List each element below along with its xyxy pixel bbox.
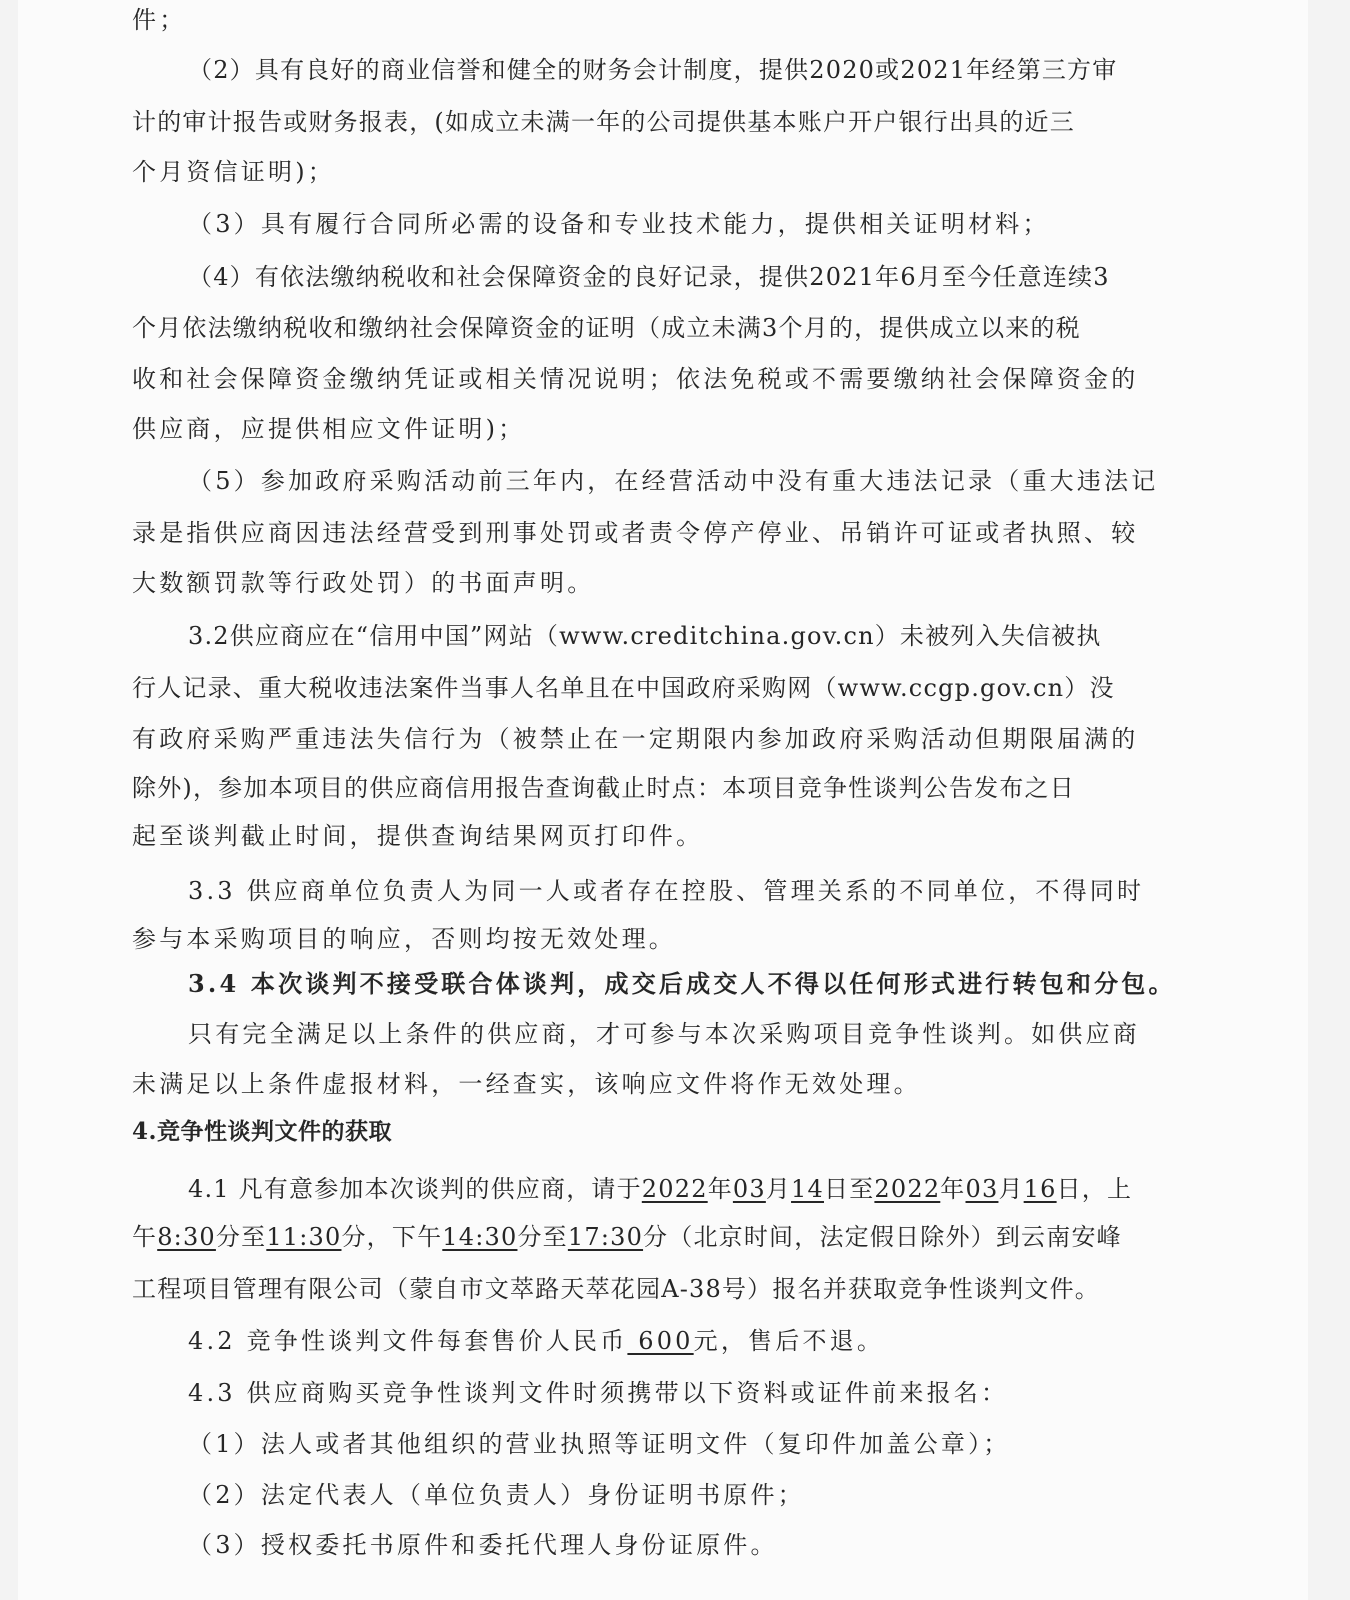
text-line: 参与本采购项目的响应，否则均按无效处理。	[132, 924, 1202, 954]
paragraph-3-2: 3.2供应商应在“信用中国”网站（www.creditchina.gov.cn）…	[188, 621, 1202, 651]
end-day: 16	[1024, 1175, 1057, 1203]
text-line: 件；	[132, 5, 1202, 35]
end-year: 2022	[874, 1175, 940, 1203]
am-start-time: 8:30	[157, 1223, 216, 1251]
price-value: 600	[627, 1327, 693, 1355]
text-line: 个月依法缴纳税收和缴纳社会保障资金的证明（成立未满3个月的，提供成立以来的税	[132, 313, 1202, 343]
paragraph-2-5: （5）参加政府采购活动前三年内，在经营活动中没有重大违法记录（重大违法记	[188, 466, 1202, 496]
list-item: （2）法定代表人（单位负责人）身份证明书原件；	[188, 1480, 1202, 1510]
text-line: 未满足以上条件虚报材料，一经查实，该响应文件将作无效处理。	[132, 1069, 1202, 1099]
paragraph-3-3: 3.3 供应商单位负责人为同一人或者存在控股、管理关系的不同单位，不得同时	[188, 876, 1202, 906]
text: 午	[132, 1223, 157, 1251]
paragraph-summary: 只有完全满足以上条件的供应商，才可参与本次采购项目竞争性谈判。如供应商	[188, 1019, 1202, 1049]
paragraph-3-4: 3.4 本次谈判不接受联合体谈判，成交后成交人不得以任何形式进行转包和分包。	[188, 969, 1202, 999]
text-line: 除外)，参加本项目的供应商信用报告查询截止时点：本项目竞争性谈判公告发布之日	[132, 773, 1202, 803]
text: 日至	[824, 1175, 874, 1203]
text-line: 供应商，应提供相应文件证明)；	[132, 414, 1202, 444]
start-year: 2022	[642, 1175, 708, 1203]
text: 月	[766, 1175, 791, 1203]
text: 分（北京时间，法定假日除外）到云南安峰	[643, 1223, 1122, 1251]
text: 分，下午	[341, 1223, 442, 1251]
paragraph-4-2: 4.2 竞争性谈判文件每套售价人民币 600元，售后不退。	[188, 1326, 1202, 1356]
text-line: 录是指供应商因违法经营受到刑事处罚或者责令停产停业、吊销许可证或者执照、较	[132, 518, 1202, 548]
end-month: 03	[966, 1175, 999, 1203]
start-month: 03	[733, 1175, 766, 1203]
am-end-time: 11:30	[266, 1223, 341, 1251]
text: 分至	[517, 1223, 567, 1251]
text-line: 大数额罚款等行政处罚）的书面声明。	[132, 568, 1202, 598]
text-line: 行人记录、重大税收违法案件当事人名单且在中国政府采购网（www.ccgp.gov…	[132, 673, 1202, 703]
pm-end-time: 17:30	[568, 1223, 643, 1251]
pm-start-time: 14:30	[442, 1223, 517, 1251]
text-line: 午8:30分至11:30分，下午14:30分至17:30分（北京时间，法定假日除…	[132, 1222, 1202, 1252]
text: 月	[998, 1175, 1023, 1203]
text-line: 个月资信证明)；	[132, 157, 1202, 187]
text-line: 工程项目管理有限公司（蒙自市文萃路天萃花园A-38号）报名并获取竞争性谈判文件。	[132, 1274, 1202, 1304]
list-item: （1）法人或者其他组织的营业执照等证明文件（复印件加盖公章）；	[188, 1429, 1202, 1459]
text: 分至	[216, 1223, 266, 1251]
text: 元，售后不退。	[694, 1327, 884, 1355]
paragraph-4-1: 4.1 凡有意参加本次谈判的供应商，请于2022年03月14日至2022年03月…	[188, 1174, 1202, 1204]
paragraph-2-4: （4）有依法缴纳税收和社会保障资金的良好记录，提供2021年6月至今任意连续3	[188, 262, 1202, 292]
section-heading-4: 4.竞争性谈判文件的获取	[132, 1117, 1202, 1147]
text-line: 有政府采购严重违法失信行为（被禁止在一定期限内参加政府采购活动但期限届满的	[132, 724, 1202, 754]
text-line: 收和社会保障资金缴纳凭证或相关情况说明；依法免税或不需要缴纳社会保障资金的	[132, 364, 1202, 394]
paragraph-2-2: （2）具有良好的商业信誉和健全的财务会计制度，提供2020或2021年经第三方审	[188, 55, 1202, 85]
list-item: （3）授权委托书原件和委托代理人身份证原件。	[188, 1530, 1202, 1560]
text-line: 起至谈判截止时间，提供查询结果网页打印件。	[132, 821, 1202, 851]
text: 年	[708, 1175, 733, 1203]
text: 4.2 竞争性谈判文件每套售价人民币	[188, 1327, 627, 1355]
text-line: 计的审计报告或财务报表，(如成立未满一年的公司提供基本账户开户银行出具的近三	[132, 107, 1202, 137]
paragraph-2-3: （3）具有履行合同所必需的设备和专业技术能力，提供相关证明材料；	[188, 209, 1202, 239]
start-day: 14	[791, 1175, 824, 1203]
text: 日，上	[1057, 1175, 1133, 1203]
text: 4.1 凡有意参加本次谈判的供应商，请于	[188, 1175, 642, 1203]
text: 年	[940, 1175, 965, 1203]
paragraph-4-3: 4.3 供应商购买竞争性谈判文件时须携带以下资料或证件前来报名：	[188, 1378, 1202, 1408]
